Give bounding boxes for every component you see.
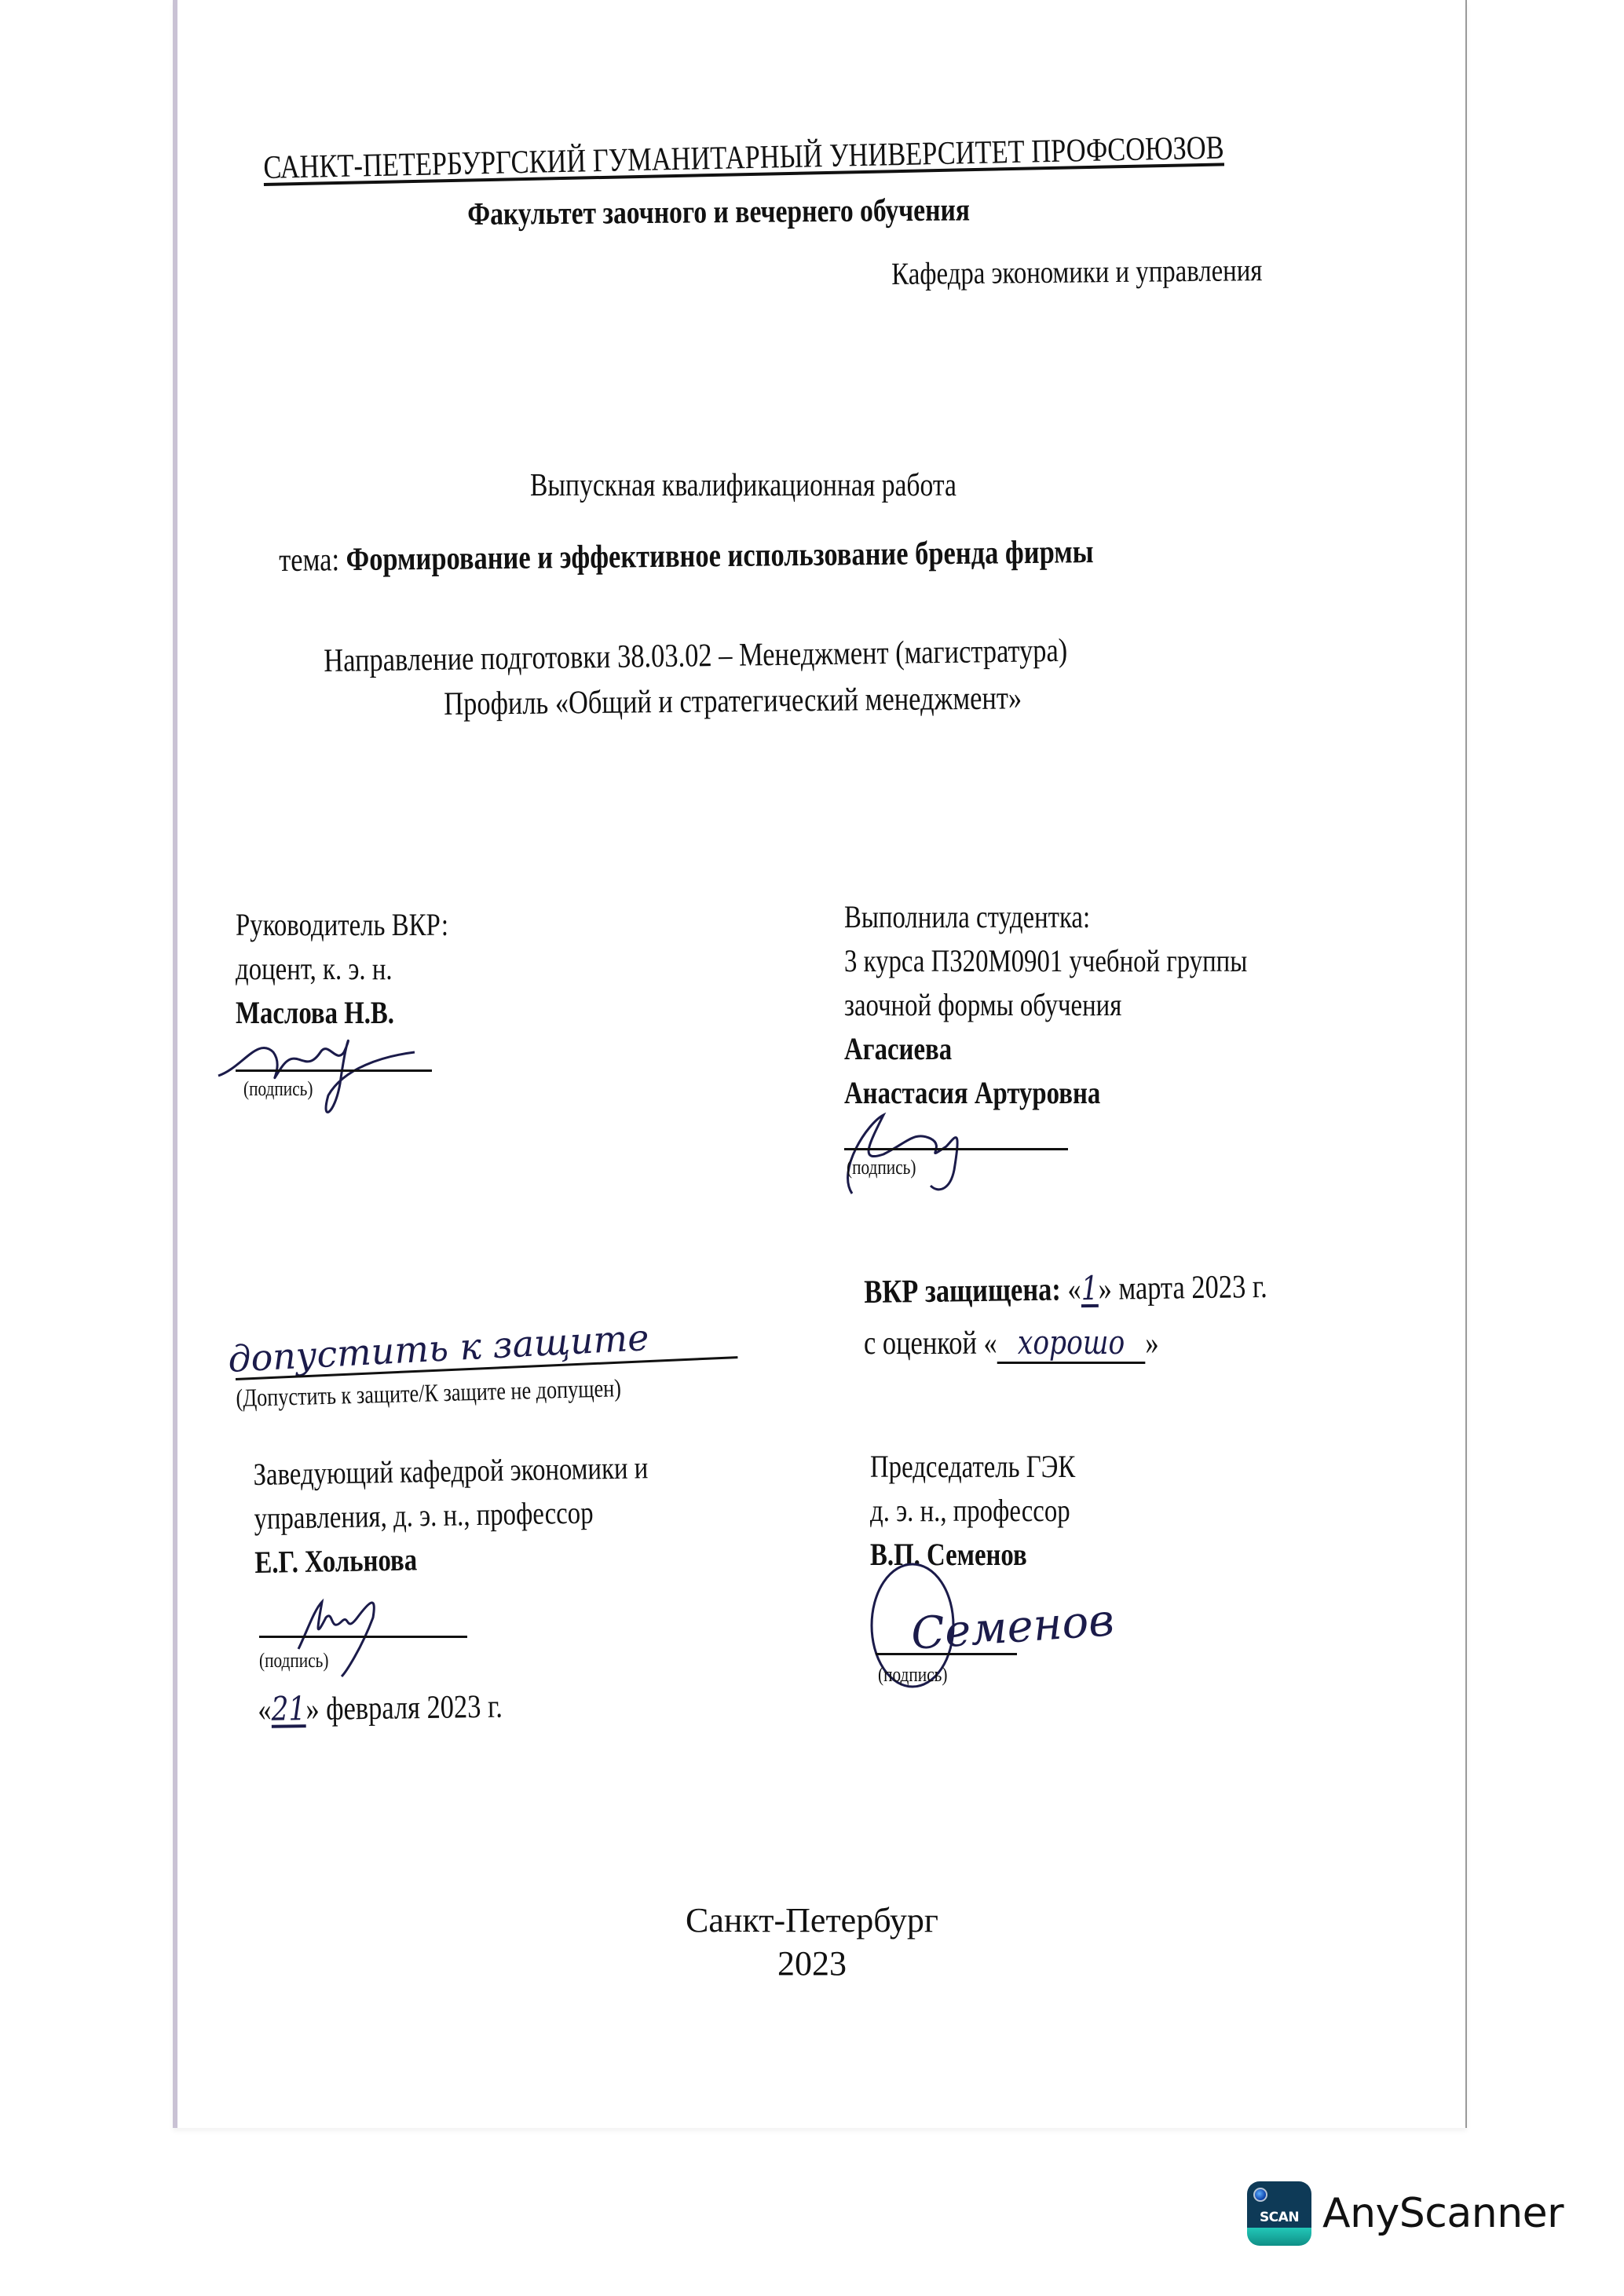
student-signature <box>836 1099 1009 1201</box>
head-signature-caption: (подпись) <box>259 1649 329 1673</box>
gek-chair-signature-caption: (подпись) <box>878 1663 948 1687</box>
supervisor-signature-caption: (подпись) <box>243 1077 313 1101</box>
anyscanner-watermark: SCAN AnyScanner <box>1247 2181 1564 2246</box>
supervisor-block: Руководитель ВКР: доцент, к. э. н. Масло… <box>236 903 496 1035</box>
faculty-name: Факультет заочного и вечернего обучения <box>467 190 970 232</box>
study-profile: Профиль «Общий и стратегический менеджме… <box>444 679 1022 723</box>
gek-chair-block: Председатель ГЭК д. э. н., профессор В.П… <box>870 1445 1075 1577</box>
theme-title: Формирование и эффективное использование… <box>346 534 1093 578</box>
student-signature-caption: (подпись) <box>847 1156 916 1179</box>
gek-chair-label: Председатель ГЭК <box>870 1445 1075 1489</box>
defense-grade: с оценкой «хорошо» <box>864 1323 1159 1364</box>
supervisor-signature-line <box>236 1069 432 1072</box>
student-block: Выполнила студентка: 3 курса П320М0901 у… <box>844 895 1336 1115</box>
student-label: Выполнила студентка: <box>844 895 1247 939</box>
defense-grade-value: хорошо <box>997 1323 1146 1364</box>
work-type: Выпускная квалификационная работа <box>530 466 956 503</box>
student-form: заочной формы обучения <box>844 983 1247 1027</box>
head-name: Е.Г. Хольнова <box>254 1534 650 1585</box>
head-signature-line <box>259 1636 467 1638</box>
head-of-department-block: Заведующий кафедрой экономики и управлен… <box>253 1446 650 1585</box>
head-date: «21» февраля 2023 г. <box>258 1687 503 1729</box>
defense-label: ВКР защищена: <box>864 1272 1061 1311</box>
gek-chair-title: д. э. н., профессор <box>870 1489 1075 1533</box>
supervisor-label: Руководитель ВКР: <box>236 903 448 947</box>
supervisor-title: доцент, к. э. н. <box>236 947 448 991</box>
student-group: 3 курса П320М0901 учебной группы <box>844 939 1247 983</box>
defense-day: 1 <box>1081 1269 1099 1307</box>
department-name: Кафедра экономики и управления <box>891 251 1263 292</box>
city: Санкт-Петербург <box>0 1900 1624 1940</box>
gek-chair-signature-line <box>876 1653 1017 1655</box>
scan-app-icon: SCAN <box>1247 2181 1311 2246</box>
defense-date: ВКР защищена: «1» марта 2023 г. <box>864 1267 1267 1311</box>
head-title-line2: управления, д. э. н., профессор <box>254 1490 649 1541</box>
head-title-line1: Заведующий кафедрой экономики и <box>253 1446 649 1497</box>
student-signature-line <box>844 1148 1068 1150</box>
student-surname: Агасиева <box>844 1027 1247 1071</box>
year: 2023 <box>0 1943 1624 1983</box>
theme-prefix: тема: <box>279 542 339 579</box>
brand-name: AnyScanner <box>1322 2190 1564 2237</box>
supervisor-signature <box>210 1021 430 1123</box>
camera-lens-icon <box>1253 2188 1267 2202</box>
head-date-day: 21 <box>271 1689 306 1728</box>
